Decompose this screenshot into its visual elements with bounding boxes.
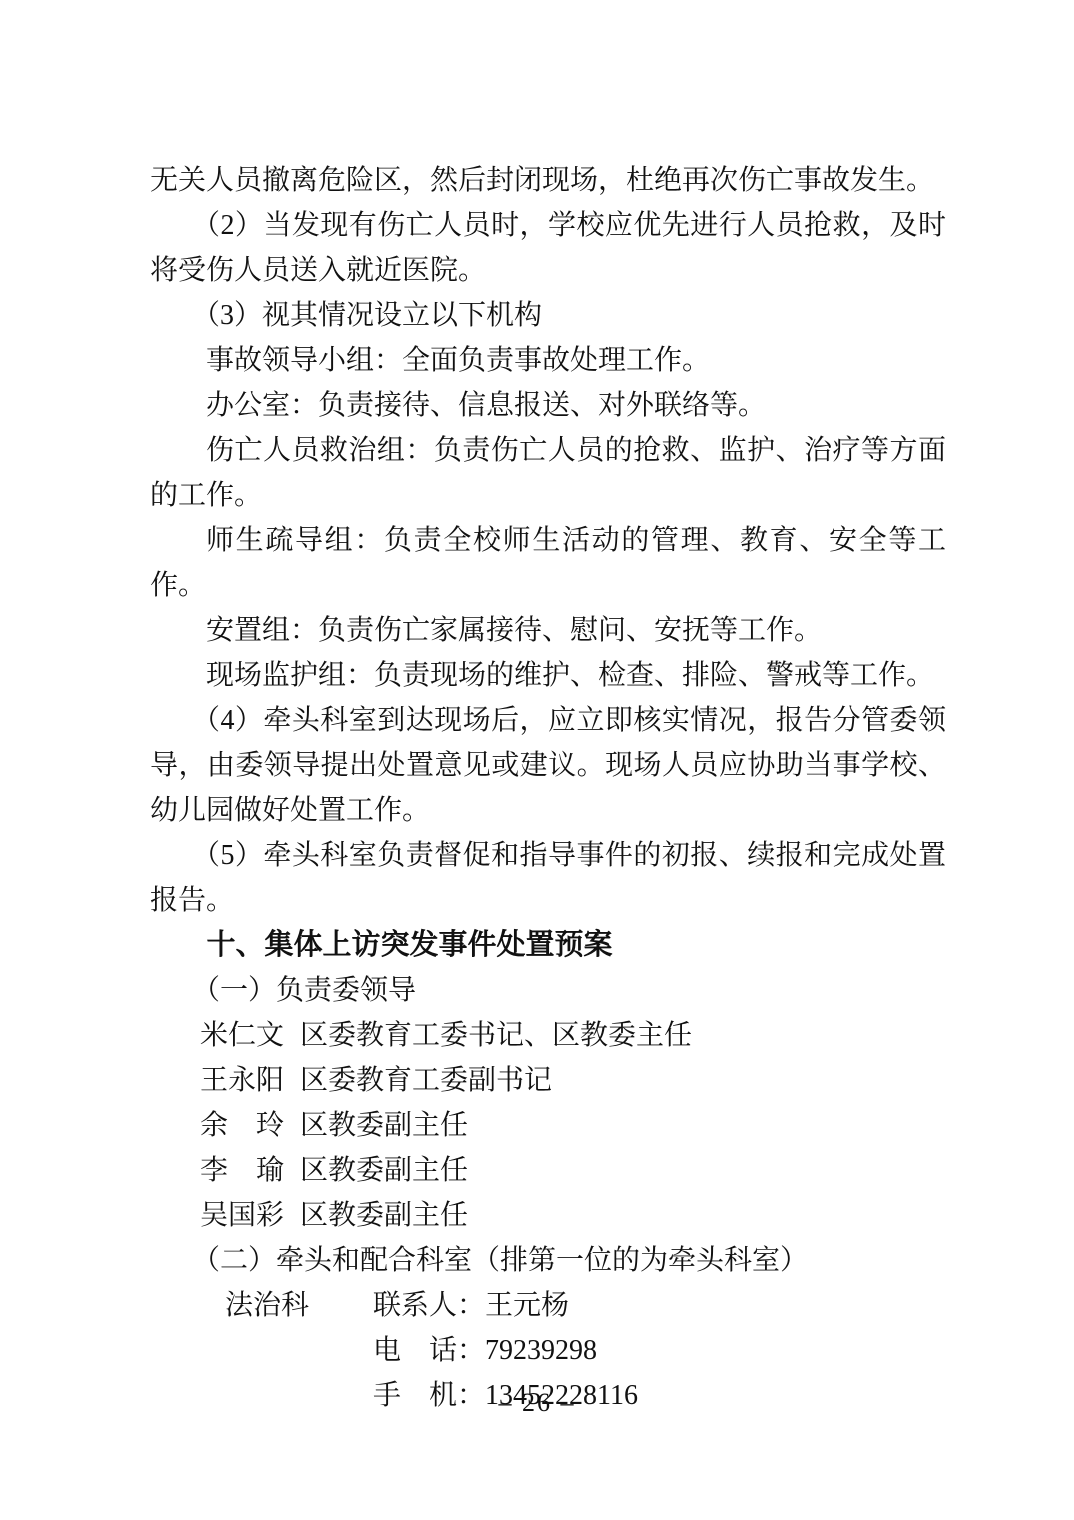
leader-row: 米仁文 区委教育工委书记、区教委主任 (150, 1013, 946, 1058)
leader-name: 吴国彩 (200, 1193, 300, 1238)
leader-title: 区委教育工委副书记 (300, 1058, 946, 1103)
leaders-list: 米仁文 区委教育工委书记、区教委主任 王永阳 区委教育工委副书记 余 玲 区教委… (150, 1013, 946, 1238)
leader-name: 米仁文 (200, 1013, 300, 1058)
leader-row: 吴国彩 区教委副主任 (150, 1193, 946, 1238)
paragraph-item-3: （3）视其情况设立以下机构 (150, 293, 946, 338)
paragraph-continuation: 无关人员撤离危险区，然后封闭现场，杜绝再次伤亡事故发生。 (150, 158, 946, 203)
leader-title: 区教委副主任 (300, 1193, 946, 1238)
page-body-text: 无关人员撤离危险区，然后封闭现场，杜绝再次伤亡事故发生。 （2）当发现有伤亡人员… (150, 158, 946, 1418)
paragraph-guidance-group: 师生疏导组：负责全校师生活动的管理、教育、安全等工作。 (150, 518, 946, 608)
leader-title: 区教委副主任 (300, 1103, 946, 1148)
leader-row: 余 玲 区教委副主任 (150, 1103, 946, 1148)
document-page: 无关人员撤离危险区，然后封闭现场，杜绝再次伤亡事故发生。 （2）当发现有伤亡人员… (0, 0, 1074, 1520)
contact-person-value: 王元杨 (485, 1283, 569, 1328)
contact-department (225, 1328, 373, 1373)
contact-department: 法治科 (225, 1283, 373, 1328)
paragraph-item-2: （2）当发现有伤亡人员时，学校应优先进行人员抢救，及时将受伤人员送入就近医院。 (150, 203, 946, 293)
contact-row: 电 话： 79239298 (150, 1328, 946, 1373)
paragraph-item-5: （5）牵头科室负责督促和指导事件的初报、续报和完成处置报告。 (150, 833, 946, 923)
section-heading: 十、集体上访突发事件处置预案 (150, 923, 946, 968)
leader-name: 余 玲 (200, 1103, 300, 1148)
paragraph-group-leader: 事故领导小组：全面负责事故处理工作。 (150, 338, 946, 383)
contact-phone-value: 79239298 (485, 1328, 597, 1373)
leader-row: 李 瑜 区教委副主任 (150, 1148, 946, 1193)
paragraph-placement-group: 安置组：负责伤亡家属接待、慰问、安抚等工作。 (150, 608, 946, 653)
contact-label: 联系人： (373, 1283, 485, 1328)
page-number: – 26 – (0, 1386, 1074, 1420)
contact-row: 法治科 联系人： 王元杨 (150, 1283, 946, 1328)
subsection-2-heading: （二）牵头和配合科室（排第一位的为牵头科室） (150, 1238, 946, 1283)
paragraph-rescue-group: 伤亡人员救治组：负责伤亡人员的抢救、监护、治疗等方面的工作。 (150, 428, 946, 518)
paragraph-site-group: 现场监护组：负责现场的维护、检查、排险、警戒等工作。 (150, 653, 946, 698)
subsection-1-heading: （一）负责委领导 (150, 968, 946, 1013)
paragraph-office: 办公室：负责接待、信息报送、对外联络等。 (150, 383, 946, 428)
leader-name: 王永阳 (200, 1058, 300, 1103)
contact-label: 电 话： (373, 1328, 485, 1373)
leader-title: 区教委副主任 (300, 1148, 946, 1193)
leader-name: 李 瑜 (200, 1148, 300, 1193)
leader-row: 王永阳 区委教育工委副书记 (150, 1058, 946, 1103)
paragraph-item-4: （4）牵头科室到达现场后，应立即核实情况，报告分管委领导，由委领导提出处置意见或… (150, 698, 946, 833)
leader-title: 区委教育工委书记、区教委主任 (300, 1013, 946, 1058)
